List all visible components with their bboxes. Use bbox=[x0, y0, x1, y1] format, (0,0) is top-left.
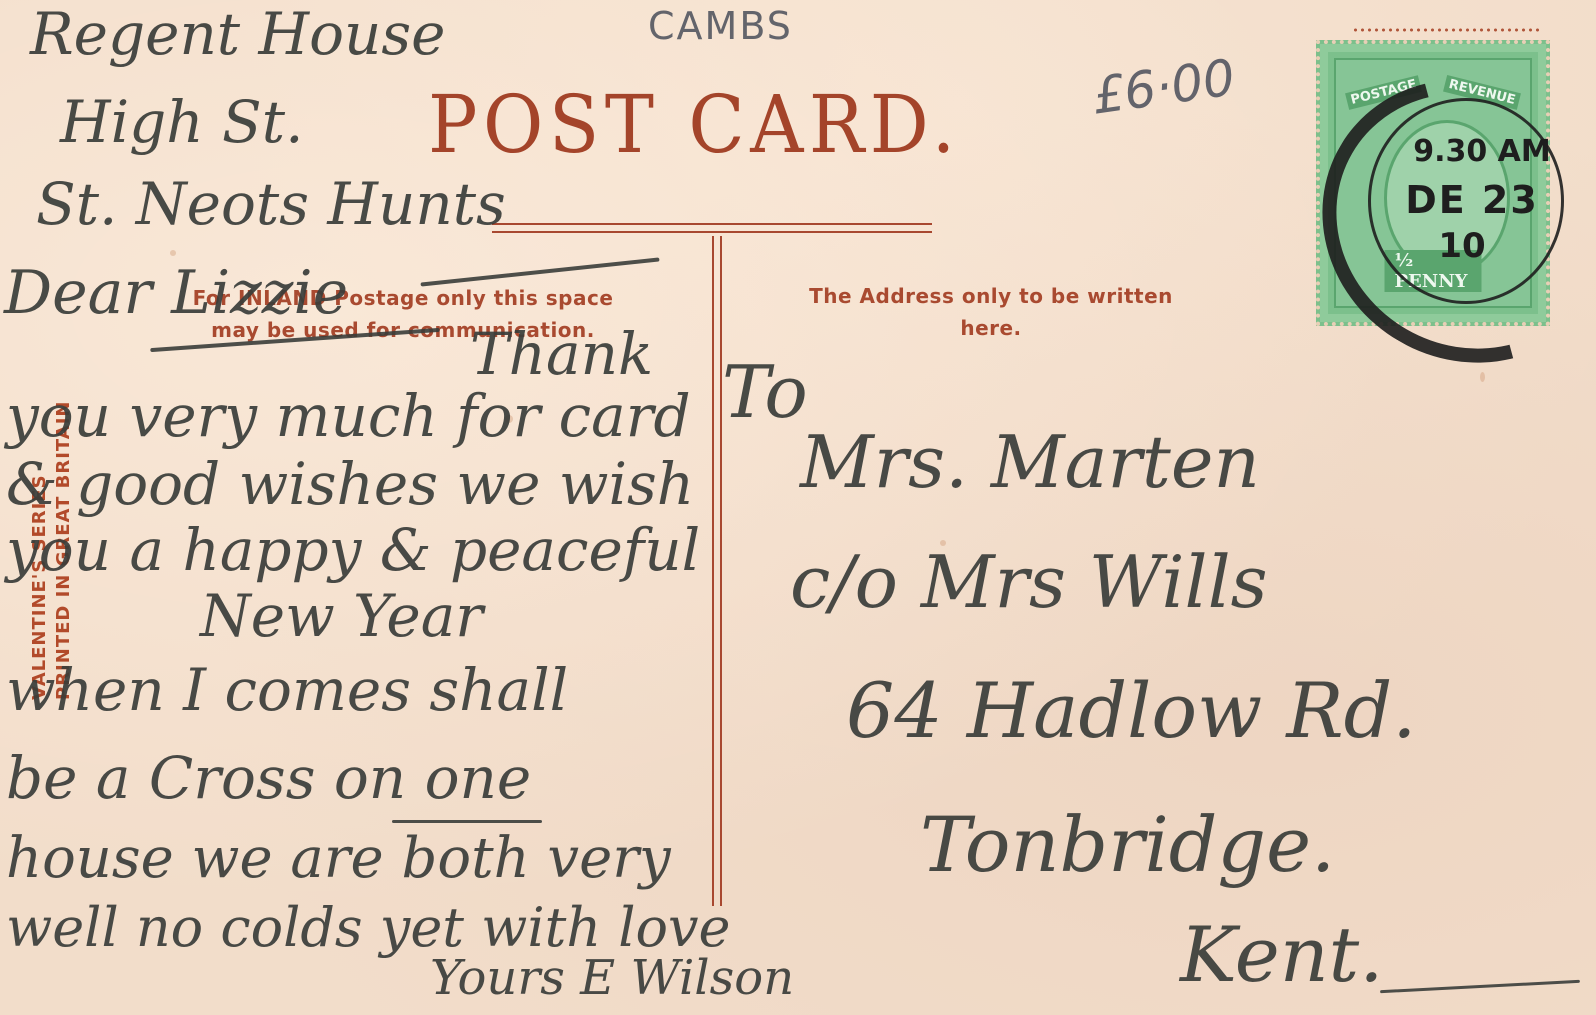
message-line: when I comes shall bbox=[6, 656, 568, 724]
address-line: Tonbridge. bbox=[920, 800, 1335, 889]
postcard-title: POST CARD. bbox=[428, 78, 961, 171]
postmark-time: 9.30 AM bbox=[1412, 134, 1552, 169]
pen-stroke bbox=[1380, 980, 1580, 993]
message-line: Dear Lizzie bbox=[4, 258, 348, 328]
message-line: New Year bbox=[200, 582, 483, 650]
address-line: Mrs. Marten bbox=[800, 420, 1260, 504]
address-line: Kent. bbox=[1180, 910, 1383, 999]
top-rule bbox=[492, 223, 932, 225]
address-line: 64 Hadlow Rd. bbox=[846, 666, 1416, 755]
sender-address-line: St. Neots Hunts bbox=[36, 170, 506, 238]
paper-stain bbox=[1480, 372, 1485, 382]
stamp-perforation-guide bbox=[1352, 28, 1542, 32]
postmark-date: DE 23 bbox=[1392, 178, 1552, 222]
address-line: c/o Mrs Wills bbox=[790, 540, 1268, 624]
message-line: Thank bbox=[470, 320, 653, 388]
top-rule bbox=[492, 231, 932, 233]
center-divider bbox=[720, 236, 722, 906]
address-area-label: The Address only to be written here. bbox=[766, 280, 1216, 344]
price-annotation: £6·00 bbox=[1089, 48, 1239, 125]
underline bbox=[392, 820, 542, 823]
sender-address-line: Regent House bbox=[30, 0, 446, 68]
center-divider bbox=[712, 236, 714, 906]
sender-address-line: High St. bbox=[60, 88, 304, 156]
message-line: you very much for card bbox=[6, 382, 691, 450]
address-prefix: To bbox=[722, 350, 808, 434]
message-line: & good wishes we wish bbox=[6, 450, 694, 518]
message-line: be a Cross on one bbox=[6, 744, 531, 812]
message-line: you a happy & peaceful bbox=[6, 516, 700, 584]
county-annotation: CAMBS bbox=[648, 4, 793, 48]
paper-stain bbox=[170, 250, 176, 256]
message-line: house we are both very bbox=[6, 826, 671, 891]
message-signature: Yours E Wilson bbox=[430, 950, 794, 1006]
postmark-year: 10 bbox=[1412, 226, 1512, 266]
postcard-back: CAMBS £6·00 POST CARD. For INLAND Postag… bbox=[0, 0, 1596, 1015]
